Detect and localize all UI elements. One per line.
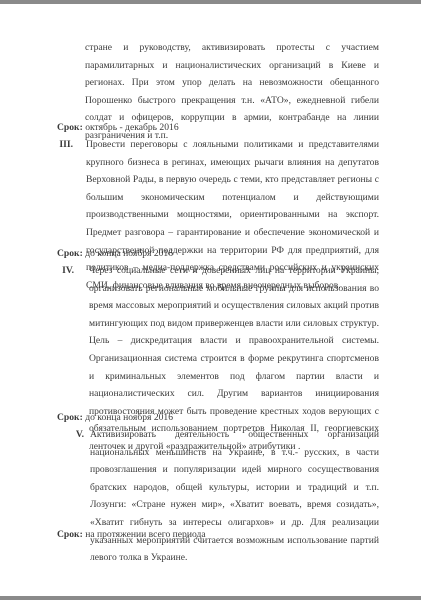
deadline-label: Срок: <box>57 248 83 259</box>
deadline-value: до конца ноября 2016 <box>85 412 173 423</box>
deadline-3: Срок: до конца ноября 2016 <box>57 411 173 425</box>
deadline-4: Срок: на протяжении всего периода <box>57 528 206 542</box>
deadline-label: Срок: <box>57 529 83 540</box>
deadline-label: Срок: <box>57 122 83 133</box>
scan-bottom-edge <box>0 596 421 600</box>
item-number-iv: IV. <box>48 262 74 280</box>
document-page: стране и руководству, активизировать про… <box>0 0 421 600</box>
item-number-v: V. <box>58 426 84 444</box>
deadline-value: октябрь - декабрь 2016 <box>85 122 178 133</box>
deadline-1: Срок: октябрь - декабрь 2016 <box>57 121 179 135</box>
deadline-value: до конца ноября 2016 <box>85 248 173 259</box>
deadline-2: Срок: до конца ноября 2016 <box>57 247 173 261</box>
item-number-iii: III. <box>47 136 73 154</box>
item-v-text: Активизировать деятельность общественных… <box>90 426 379 567</box>
deadline-value: на протяжении всего периода <box>85 529 205 540</box>
deadline-label: Срок: <box>57 412 83 423</box>
